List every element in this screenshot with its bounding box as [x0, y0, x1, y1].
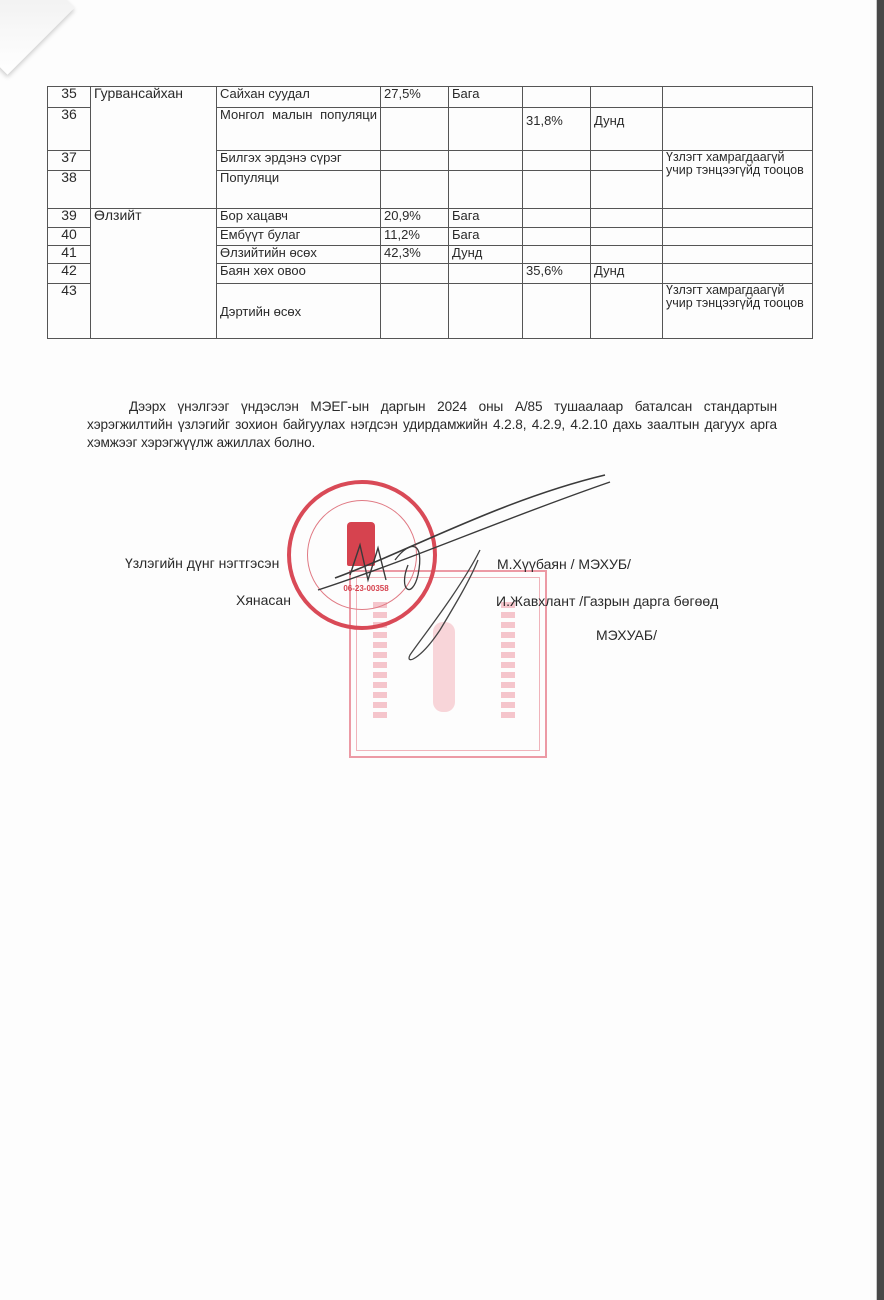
verified-label: Үзлэгийн дүнг нэгтгэсэн: [125, 555, 279, 571]
verified-name: М.Хүүбаян / МЭХУБ/: [497, 556, 631, 572]
scanned-page: 35 Гурвансайхан Сайхан суудал 27,5% Бага…: [0, 0, 876, 1300]
reviewed-name-line2: МЭХУАБ/: [596, 627, 657, 643]
scan-edge: [876, 0, 884, 1300]
reviewed-name-line1: И.Жавхлант /Газрын дарга бөгөөд: [496, 593, 718, 609]
reviewed-label: Хянасан: [236, 592, 291, 608]
handwritten-signature: [0, 0, 884, 800]
